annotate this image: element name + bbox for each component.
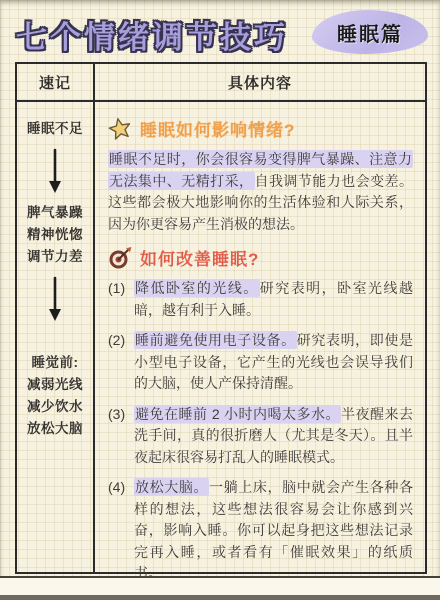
section-title: 睡眠如何影响情绪?	[140, 116, 295, 141]
table-body-row: 睡眠不足 脾气暴躁 精神恍惚 调节力差 睡觉前: 减弱光线	[17, 102, 425, 572]
tip-text: 放松大脑。一躺上床，脑中就会产生各种各样的想法，这些想法很容易会让你感到兴奋，影…	[134, 477, 413, 585]
content-table: 速记 具体内容 睡眠不足 脾气暴躁 精神恍惚 调节力差	[15, 62, 427, 574]
tip-number: (1)	[108, 278, 134, 321]
chapter-badge-label: 睡眠篇	[337, 18, 403, 47]
quick-note-line: 减少饮水	[27, 396, 83, 418]
tip-item-2: (2) 睡前避免使用电子设备。研究表明，即使是小型电子设备，它产生的光线也会误导…	[108, 330, 413, 395]
section-title: 如何改善睡眠?	[140, 245, 259, 270]
quick-note-line: 减弱光线	[27, 374, 83, 396]
quick-note-line: 精神恍惚	[27, 224, 83, 246]
tip-item-1: (1) 降低卧室的光线。研究表明，卧室光线越暗，越有利于入睡。	[108, 278, 413, 321]
tip-number: (4)	[108, 477, 134, 585]
table-header-row: 速记 具体内容	[17, 64, 425, 102]
tip-item-3: (3) 避免在睡前 2 小时内喝太多水。半夜醒来去洗手间，真的很折磨人（尤其是冬…	[108, 404, 413, 469]
page-header: 七个情绪调节技巧 睡眠篇	[0, 0, 440, 62]
chapter-badge: 睡眠篇	[312, 10, 428, 54]
section-paragraph: 睡眠不足时，你会很容易变得脾气暴躁、注意力无法集中、无精打采，自我调节能力也会变…	[108, 149, 413, 235]
column-header-details: 具体内容	[95, 64, 425, 100]
quick-note-line: 放松大脑	[27, 418, 83, 440]
quick-note-step-1: 睡眠不足	[27, 118, 83, 140]
highlighted-text: 降低卧室的光线。	[134, 279, 260, 297]
photo-edge	[0, 595, 440, 600]
column-header-quick-notes: 速记	[17, 64, 95, 100]
quick-note-line: 睡觉前:	[27, 352, 83, 374]
star-icon	[106, 114, 134, 142]
details-cell: 睡眠如何影响情绪? 睡眠不足时，你会很容易变得脾气暴躁、注意力无法集中、无精打采…	[95, 102, 425, 572]
tip-text: 降低卧室的光线。研究表明，卧室光线越暗，越有利于入睡。	[134, 278, 413, 321]
quick-notes-cell: 睡眠不足 脾气暴躁 精神恍惚 调节力差 睡觉前: 减弱光线	[17, 102, 95, 572]
highlighted-text: 睡前避免使用电子设备。	[134, 331, 297, 349]
highlighted-text: 避免在睡前 2 小时内喝太多水。	[134, 405, 341, 423]
infographic-page: 七个情绪调节技巧 睡眠篇 速记 具体内容 睡眠不足 脾气暴躁 精神恍惚 调节力差	[0, 0, 440, 600]
section-improve-sleep: 如何改善睡眠? (1) 降低卧室的光线。研究表明，卧室光线越暗，越有利于入睡。 …	[108, 245, 413, 585]
highlighted-text: 放松大脑。	[134, 478, 209, 496]
quick-note-line: 脾气暴躁	[27, 202, 83, 224]
tip-text: 避免在睡前 2 小时内喝太多水。半夜醒来去洗手间，真的很折磨人（尤其是冬天）。且…	[134, 404, 413, 469]
section-heading-row: 如何改善睡眠?	[108, 245, 413, 270]
page-title: 七个情绪调节技巧	[16, 12, 288, 57]
down-arrow-icon	[46, 276, 64, 322]
tip-item-4: (4) 放松大脑。一躺上床，脑中就会产生各种各样的想法，这些想法很容易会让你感到…	[108, 477, 413, 585]
quick-note-step-3: 睡觉前: 减弱光线 减少饮水 放松大脑	[27, 352, 83, 440]
tip-number: (3)	[108, 404, 134, 469]
tip-text: 睡前避免使用电子设备。研究表明，即使是小型电子设备，它产生的光线也会误导我们的大…	[134, 330, 413, 395]
quick-note-line: 调节力差	[27, 246, 83, 268]
down-arrow-icon	[46, 148, 64, 194]
tip-number: (2)	[108, 330, 134, 395]
section-sleep-emotion: 睡眠如何影响情绪? 睡眠不足时，你会很容易变得脾气暴躁、注意力无法集中、无精打采…	[108, 116, 413, 235]
tips-list: (1) 降低卧室的光线。研究表明，卧室光线越暗，越有利于入睡。 (2) 睡前避免…	[108, 278, 413, 585]
quick-note-step-2: 脾气暴躁 精神恍惚 调节力差	[27, 202, 83, 268]
dart-target-icon	[108, 246, 132, 270]
section-heading-row: 睡眠如何影响情绪?	[108, 116, 413, 141]
